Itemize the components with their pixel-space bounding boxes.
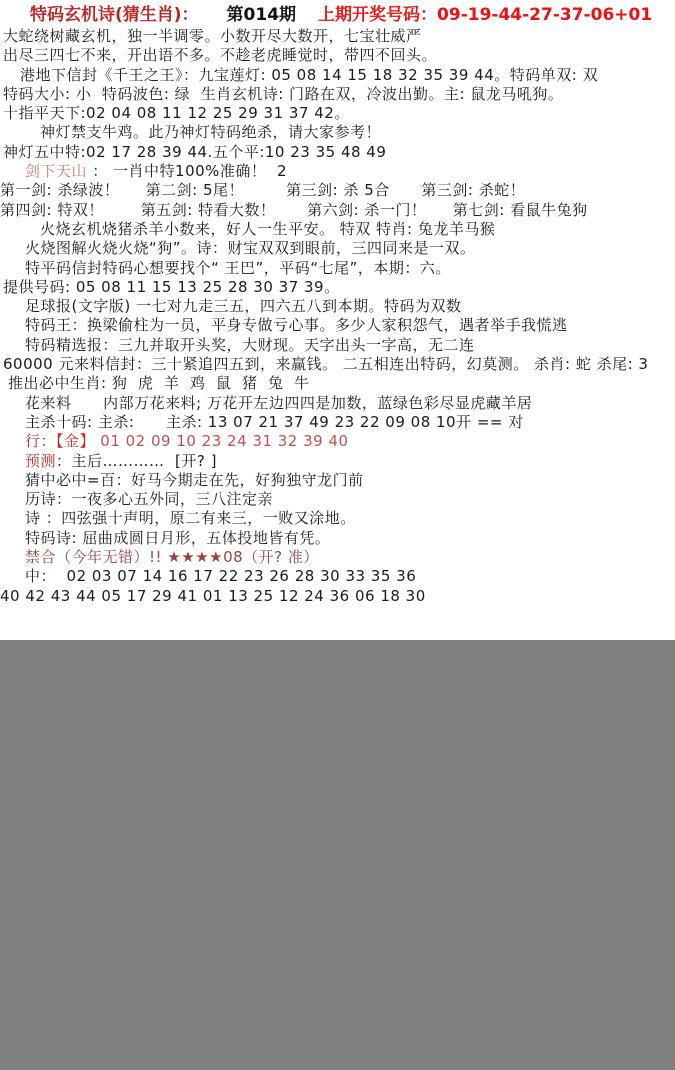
text-segment: 01 02 09 10 23 24 31 32 39 40 (95, 432, 349, 450)
text-line-7: 神灯五中特:02 17 28 39 44.五个平:10 23 35 48 49 (0, 143, 675, 162)
text-line-22: 行：【金】 01 02 09 10 23 24 31 32 39 40 (0, 432, 675, 451)
issue-number: 第014期 (199, 5, 297, 25)
text-segment: 神灯五中特:02 17 28 39 44.五个平:10 23 35 48 49 (3, 143, 386, 161)
text-segment: 第四剑: 特双！ 第五剑: 特看大数！ 第六剑: 杀一门！ 第七剑: 看鼠牛兔狗 (0, 201, 588, 219)
text-segment: 特平码信封特码心想要找个“ 王巴”，平码“七尾”，本期：六。 (25, 259, 451, 277)
text-segment: 神灯禁支牛鸡。此乃神灯特码绝杀，请大家参考！ (40, 123, 381, 141)
text-line-27: 特码诗: 屈曲成圆日月形，五体投地皆有凭。 (0, 529, 675, 548)
text-line-5: 十指平天下:02 04 08 11 12 25 29 31 37 42。 (0, 104, 675, 123)
text-segment: 60000 元来料信封：三十紧追四五到，来赢钱。 二五相连出特码，幻莫测。 杀肖… (3, 355, 648, 373)
text-segment: 禁合（今年无错）!! ★★★★08（开? 准） (25, 548, 319, 566)
text-line-6: 神灯禁支牛鸡。此乃神灯特码绝杀，请大家参考！ (0, 123, 675, 142)
text-segment: 特码诗: 屈曲成圆日月形，五体投地皆有凭。 (25, 529, 330, 547)
text-segment: 行：【金】 (25, 432, 95, 450)
text-segment: 火烧图解火烧火烧“狗”。诗：财宝双双到眼前，三四同来是一双。 (25, 239, 476, 257)
text-line-2: 出尽三四七不来，开出语不多。不趁老虎睡觉时，带四不回头。 (0, 46, 675, 65)
text-segment: 主杀十码: 主杀: 主杀: 13 07 21 37 49 23 22 09 08… (25, 413, 524, 431)
text-line-9: 第一剑: 杀绿波！ 第二剑: 5尾！ 第三剑: 杀 5合 第三剑: 杀蛇！ (0, 181, 675, 200)
text-line-25: 历诗：一夜多心五外同，三八注定亲 (0, 490, 675, 509)
text-line-23: 预测：主后………… [开? ] (0, 452, 675, 471)
text-line-3: 港地下信封《千王之王》：九宝莲灯: 05 08 14 15 18 32 35 3… (0, 66, 675, 85)
sheet-content: 特码玄机诗(猜生肖)：第014期上期开奖号码：09-19-44-27-37-06… (0, 3, 675, 606)
text-line-10: 第四剑: 特双！ 第五剑: 特看大数！ 第六剑: 杀一门！ 第七剑: 看鼠牛兔狗 (0, 201, 675, 220)
text-line-28: 禁合（今年无错）!! ★★★★08（开? 准） (0, 548, 675, 567)
text-segment: 提供号码: 05 08 11 15 13 25 28 30 37 39。 (3, 278, 340, 296)
text-segment: 大蛇绕树藏玄机，独一半调零。小数开尽大数开，七宝壮威严 (3, 27, 422, 45)
text-line-8: 剑下天山 ： 一肖中特100%准确！ 2 (0, 162, 675, 181)
text-segment: ： 一肖中特100%准确！ 2 (87, 162, 287, 180)
text-segment: 特码大小: 小 特码波色: 绿 生肖玄机诗: 门路在双，冷波出勤。主: 鼠龙马吼… (3, 85, 563, 103)
text-line-12: 火烧图解火烧火烧“狗”。诗：财宝双双到眼前，三四同来是一双。 (0, 239, 675, 258)
text-line-21: 主杀十码: 主杀: 主杀: 13 07 21 37 49 23 22 09 08… (0, 413, 675, 432)
text-line-29: 中： 02 03 07 14 16 17 22 23 26 28 30 33 3… (0, 567, 675, 586)
text-line-16: 特码王：换梁偷柱为一员，平身专做亏心事。多少人家积怨气，遇者举手我慌逃 (0, 316, 675, 335)
text-segment: 特码精选报：三九并取开头奖，大财现。天字出头一字高，无二连 (25, 336, 475, 354)
text-segment: 推出必中生肖: 狗 虎 羊 鸡 鼠 猪 兔 牛 (8, 374, 310, 392)
text-segment: ：主后………… [开? ] (56, 452, 217, 470)
text-segment: 十指平天下:02 04 08 11 12 25 29 31 37 42。 (3, 104, 350, 122)
text-line-1: 大蛇绕树藏玄机，独一半调零。小数开尽大数开，七宝壮威严 (0, 27, 675, 46)
text-line-13: 特平码信封特码心想要找个“ 王巴”，平码“七尾”，本期：六。 (0, 259, 675, 278)
sheet-header: 特码玄机诗(猜生肖)：第014期上期开奖号码：09-19-44-27-37-06… (0, 3, 675, 27)
text-segment: 出尽三四七不来，开出语不多。不趁老虎睡觉时，带四不回头。 (3, 46, 437, 64)
text-segment: 特码王：换梁偷柱为一员，平身专做亏心事。多少人家积怨气，遇者举手我慌逃 (25, 316, 568, 334)
text-segment: 40 42 43 44 05 17 29 41 01 13 25 12 24 3… (0, 587, 426, 605)
text-segment: 剑下天山 (25, 162, 87, 180)
text-line-4: 特码大小: 小 特码波色: 绿 生肖玄机诗: 门路在双，冷波出勤。主: 鼠龙马吼… (0, 85, 675, 104)
text-segment: 猜中必中=百：好马今期走在先，好狗独守龙门前 (25, 471, 364, 489)
text-segment: 第一剑: 杀绿波！ 第二剑: 5尾！ 第三剑: 杀 5合 第三剑: 杀蛇！ (0, 181, 525, 199)
text-line-11: 火烧玄机烧猪杀羊小数来，好人一生平安。 特双 特肖: 兔龙羊马猴 (0, 220, 675, 239)
text-line-14: 提供号码: 05 08 11 15 13 25 28 30 37 39。 (0, 278, 675, 297)
text-segment: 火烧玄机烧猪杀羊小数来，好人一生平安。 特双 特肖: 兔龙羊马猴 (40, 220, 495, 238)
text-line-20: 花来料 内部万花来料; 万花开左边四四是加数，蓝绿色彩尽显虎藏羊居 (0, 394, 675, 413)
text-line-24: 猜中必中=百：好马今期走在先，好狗独守龙门前 (0, 471, 675, 490)
text-line-19: 推出必中生肖: 狗 虎 羊 鸡 鼠 猪 兔 牛 (0, 374, 675, 393)
text-lines-container: 大蛇绕树藏玄机，独一半调零。小数开尽大数开，七宝壮威严出尽三四七不来，开出语不多… (0, 27, 675, 606)
text-line-18: 60000 元来料信封：三十紧追四五到，来赢钱。 二五相连出特码，幻莫测。 杀肖… (0, 355, 675, 374)
text-line-26: 诗 ：四弦强十声明，原二有来三，一败又涂地。 (0, 509, 675, 528)
text-segment: 中： 02 03 07 14 16 17 22 23 26 28 30 33 3… (25, 567, 416, 585)
text-segment: 诗 ：四弦强十声明，原二有来三，一败又涂地。 (25, 509, 356, 527)
text-line-15: 足球报(文字版) 一七对九走三五，四六五八到本期。特码为双数 (0, 297, 675, 316)
last-draw-numbers: 上期开奖号码：09-19-44-27-37-06+01 (296, 5, 652, 25)
text-segment: 港地下信封《千王之王》：九宝莲灯: 05 08 14 15 18 32 35 3… (20, 66, 598, 84)
text-line-17: 特码精选报：三九并取开头奖，大财现。天字出头一字高，无二连 (0, 336, 675, 355)
text-segment: 预测 (25, 452, 56, 470)
text-line-30: 40 42 43 44 05 17 29 41 01 13 25 12 24 3… (0, 587, 675, 606)
text-segment: 花来料 内部万花来料; 万花开左边四四是加数，蓝绿色彩尽显虎藏羊居 (25, 394, 532, 412)
footer-gray-area (0, 640, 675, 1070)
page-title: 特码玄机诗(猜生肖)： (30, 5, 199, 25)
text-segment: 历诗：一夜多心五外同，三八注定亲 (25, 490, 273, 508)
lottery-tip-sheet-page: 特码玄机诗(猜生肖)：第014期上期开奖号码：09-19-44-27-37-06… (0, 0, 675, 1070)
text-segment: 足球报(文字版) 一七对九走三五，四六五八到本期。特码为双数 (25, 297, 461, 315)
